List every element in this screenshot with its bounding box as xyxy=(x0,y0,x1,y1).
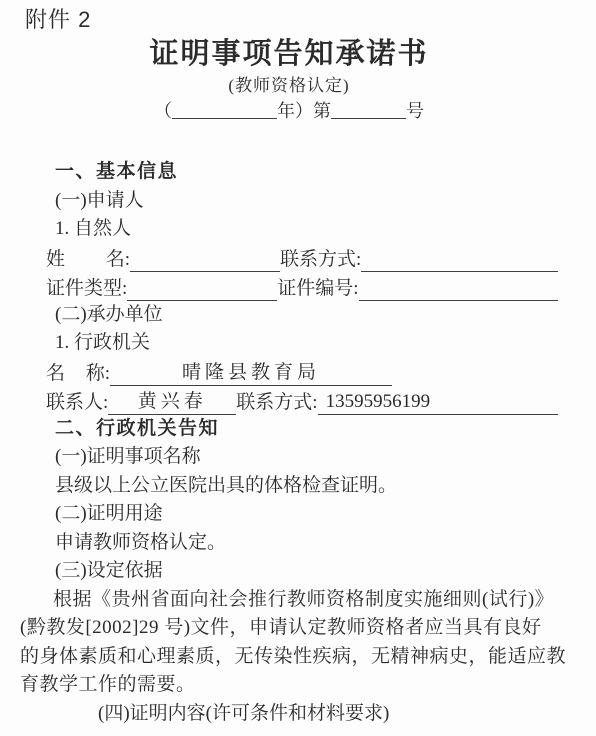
contact-label: 联系方式: xyxy=(280,247,361,272)
org-name-label-char2: 称: xyxy=(86,361,110,386)
serial-prefix: （ xyxy=(154,101,172,121)
contact-person-row: 联系人: 黄兴春 联系方式: 13595956199 xyxy=(20,386,558,415)
id-type-label: 证件类型: xyxy=(46,276,127,301)
id-number-blank xyxy=(359,300,558,301)
serial-number-blank xyxy=(331,101,406,119)
contact-blank xyxy=(361,271,558,272)
line-item3-heading: (三)设定依据 xyxy=(20,557,558,586)
section-heading-basic-info: 一、基本信息 xyxy=(20,158,558,187)
contact-person-value: 黄兴春 xyxy=(138,389,207,414)
name-label-char2: 名: xyxy=(106,247,130,272)
contact-method-label: 联系方式: xyxy=(236,390,317,415)
line-natural-person: 1. 自然人 xyxy=(20,215,558,244)
line-item4-heading: (四)证明内容(许可条件和材料要求) xyxy=(20,700,558,729)
org-name-label-char1: 名 xyxy=(46,361,65,386)
line-item2-heading: (二)证明用途 xyxy=(20,500,558,529)
line-applicant-heading: (一)申请人 xyxy=(20,187,558,216)
page-title: 证明事项告知承诺书 xyxy=(20,34,558,74)
contact-method-blank: 13595956199 xyxy=(318,389,558,415)
basis-paragraph-line-2: (黔教发[2002]29 号)文件，申请认定教师资格者应当具有良好 xyxy=(20,614,558,643)
contact-person-label: 联系人: xyxy=(46,390,108,415)
basis-paragraph-line-4: 育教学工作的需要。 xyxy=(20,671,558,700)
contact-method-value: 13595956199 xyxy=(326,389,431,414)
id-field-row: 证件类型: 证件编号: xyxy=(20,272,558,301)
name-blank xyxy=(130,271,280,272)
contact-person-blank: 黄兴春 xyxy=(108,389,236,415)
section-heading-notification: 二、行政机关告知 xyxy=(20,415,558,444)
serial-suffix: 号 xyxy=(406,101,424,121)
id-number-label: 证件编号: xyxy=(277,276,358,301)
document-page: 附件 2 证明事项告知承诺书 (教师资格认定) （年）第号 一、基本信息 (一)… xyxy=(0,0,596,736)
name-field-row: 姓名: 联系方式: xyxy=(20,244,558,273)
serial-year-blank xyxy=(172,101,277,119)
org-name-row: 名称: 晴隆县教育局 xyxy=(20,358,558,387)
org-name-label: 名称: xyxy=(46,361,110,386)
attachment-label: 附件 2 xyxy=(20,6,558,34)
line-item2-text: 申请教师资格认定。 xyxy=(20,529,558,558)
page-subtitle: (教师资格认定) xyxy=(20,74,558,98)
basis-paragraph-line-3: 的身体素质和心理素质，无传染性疾病，无精神病史，能适应教 xyxy=(20,643,558,672)
name-label: 姓名: xyxy=(46,247,130,272)
document-body: 一、基本信息 (一)申请人 1. 自然人 姓名: 联系方式: 证件类型: 证件编… xyxy=(20,158,558,728)
serial-line: （年）第号 xyxy=(20,98,558,124)
basis-paragraph-line-1: 根据《贵州省面向社会推行教师资格制度实施细则(试行)》 xyxy=(20,586,558,615)
line-item1-heading: (一)证明事项名称 xyxy=(20,443,558,472)
name-label-char1: 姓 xyxy=(46,247,65,272)
org-name-blank: 晴隆县教育局 xyxy=(110,360,392,386)
line-item1-text: 县级以上公立医院出具的体格检查证明。 xyxy=(20,472,558,501)
org-name-value: 晴隆县教育局 xyxy=(182,360,320,385)
line-admin-org: 1. 行政机关 xyxy=(20,329,558,358)
line-undertaker-heading: (二)承办单位 xyxy=(20,301,558,330)
serial-mid: 年）第 xyxy=(277,101,331,121)
